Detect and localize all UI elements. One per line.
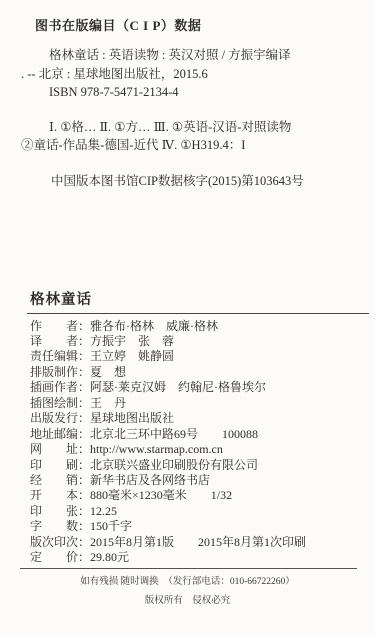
title-divider: [27, 313, 369, 314]
row-value: 方振宇 张 蓉: [90, 334, 174, 349]
row-value: http://www.starmap.com.cn: [90, 442, 223, 457]
isbn-line: ISBN 978-7-5471-2134-4: [21, 83, 363, 102]
info-row-distributor: 经 销：新华书店及各网络书店: [30, 473, 375, 488]
row-label: 版次印次：: [30, 535, 90, 550]
info-row-edition: 版次印次：2015年8月第1版 2015年8月第1次印刷: [30, 535, 375, 550]
page-footer: 如有残损 随时调换 （发行部电话：010-66722260） 版权所有 侵权必究: [0, 568, 375, 606]
info-row-translator: 译 者：方振宇 张 蓉: [30, 334, 375, 349]
book-title: 格林童话: [30, 288, 375, 309]
cip-classification: Ⅰ. ①格… Ⅱ. ①方… Ⅲ. ①英语-汉语-对照读物 ②童话-作品集-德国-…: [21, 118, 367, 155]
info-row-publisher: 出版发行：星球地图出版社: [30, 411, 375, 426]
row-label: 经 销：: [30, 473, 90, 488]
info-row-illustrator: 插画作者：阿瑟·莱克汉姆 约翰尼·格鲁埃尔: [30, 380, 375, 395]
row-label: 印 张：: [30, 504, 90, 519]
row-value: 2015年8月第1版 2015年8月第1次印刷: [90, 535, 306, 550]
row-label: 责任编辑：: [30, 349, 90, 364]
info-row-address: 地址邮编：北京北三环中路69号 100088: [30, 427, 375, 442]
row-label: 插图绘制：: [30, 396, 90, 411]
row-value: 29.80元: [90, 550, 129, 565]
book-copyright-page: 图书在版编目（C I P）数据 格林童话 : 英语读物 : 英汉对照 / 方振宇…: [0, 0, 375, 637]
info-row-website: 网 址：http://www.starmap.com.cn: [30, 442, 375, 457]
row-value: 880毫米×1230毫米 1/32: [90, 488, 232, 503]
cip-classification-line: Ⅰ. ①格… Ⅱ. ①方… Ⅲ. ①英语-汉语-对照读物: [21, 118, 367, 137]
info-row-author: 作 者：雅各布·格林 威廉·格林: [30, 319, 375, 334]
publication-info-rows: 作 者：雅各布·格林 威廉·格林 译 者：方振宇 张 蓉 责任编辑：王立婷 姚静…: [30, 319, 375, 566]
info-row-price: 定 价：29.80元: [30, 550, 375, 565]
cip-record-number: 中国版本图书馆CIP数据核字(2015)第103643号: [51, 171, 375, 189]
row-value: 王 丹: [90, 396, 126, 411]
cip-classification-line: ②童话-作品集-德国-近代 Ⅳ. ①H319.4：I: [21, 136, 367, 155]
info-row-illustration-drawing: 插图绘制：王 丹: [30, 396, 375, 411]
row-label: 字 数：: [30, 519, 90, 534]
info-row-editor: 责任编辑：王立婷 姚静圆: [30, 349, 375, 364]
row-value: 北京联兴盛业印刷股份有限公司: [90, 458, 258, 473]
row-label: 印 刷：: [30, 458, 90, 473]
row-value: 阿瑟·莱克汉姆 约翰尼·格鲁埃尔: [90, 380, 266, 395]
exchange-notice: 如有残损 随时调换 （发行部电话：010-66722260）: [0, 573, 375, 587]
cip-description: 格林童话 : 英语读物 : 英汉对照 / 方振宇编译 . -- 北京 : 星球地…: [21, 46, 363, 102]
cip-header: 图书在版编目（C I P）数据: [35, 15, 375, 34]
info-row-word-count: 字 数：150千字: [30, 519, 375, 534]
info-row-printer: 印 刷：北京联兴盛业印刷股份有限公司: [30, 458, 375, 473]
row-value: 雅各布·格林 威廉·格林: [90, 319, 218, 334]
footer-divider: [20, 568, 357, 569]
row-value: 星球地图出版社: [90, 411, 174, 426]
row-value: 新华书店及各网络书店: [90, 473, 210, 488]
cip-section: 图书在版编目（C I P）数据 格林童话 : 英语读物 : 英汉对照 / 方振宇…: [0, 15, 375, 189]
row-label: 地址邮编：: [30, 427, 90, 442]
cip-description-line: 格林童话 : 英语读物 : 英汉对照 / 方振宇编译: [21, 46, 363, 65]
row-label: 插画作者：: [30, 380, 90, 395]
row-label: 开 本：: [30, 488, 90, 503]
copyright-notice: 版权所有 侵权必究: [0, 592, 375, 606]
row-value: 北京北三环中路69号 100088: [90, 427, 258, 442]
info-row-sheets: 印 张：12.25: [30, 504, 375, 519]
info-row-format: 开 本：880毫米×1230毫米 1/32: [30, 488, 375, 503]
row-value: 150千字: [90, 519, 132, 534]
publication-info-section: 格林童话 作 者：雅各布·格林 威廉·格林 译 者：方振宇 张 蓉 责任编辑：王…: [0, 288, 375, 566]
row-label: 译 者：: [30, 334, 90, 349]
row-label: 网 址：: [30, 442, 90, 457]
row-label: 排版制作：: [30, 365, 90, 380]
cip-description-line: . -- 北京 : 星球地图出版社，2015.6: [21, 65, 363, 84]
row-value: 夏 想: [90, 365, 126, 380]
row-label: 定 价：: [30, 550, 90, 565]
info-row-typesetting: 排版制作：夏 想: [30, 365, 375, 380]
row-label: 作 者：: [30, 319, 90, 334]
row-value: 12.25: [90, 504, 117, 519]
row-label: 出版发行：: [30, 411, 90, 426]
row-value: 王立婷 姚静圆: [90, 349, 174, 364]
